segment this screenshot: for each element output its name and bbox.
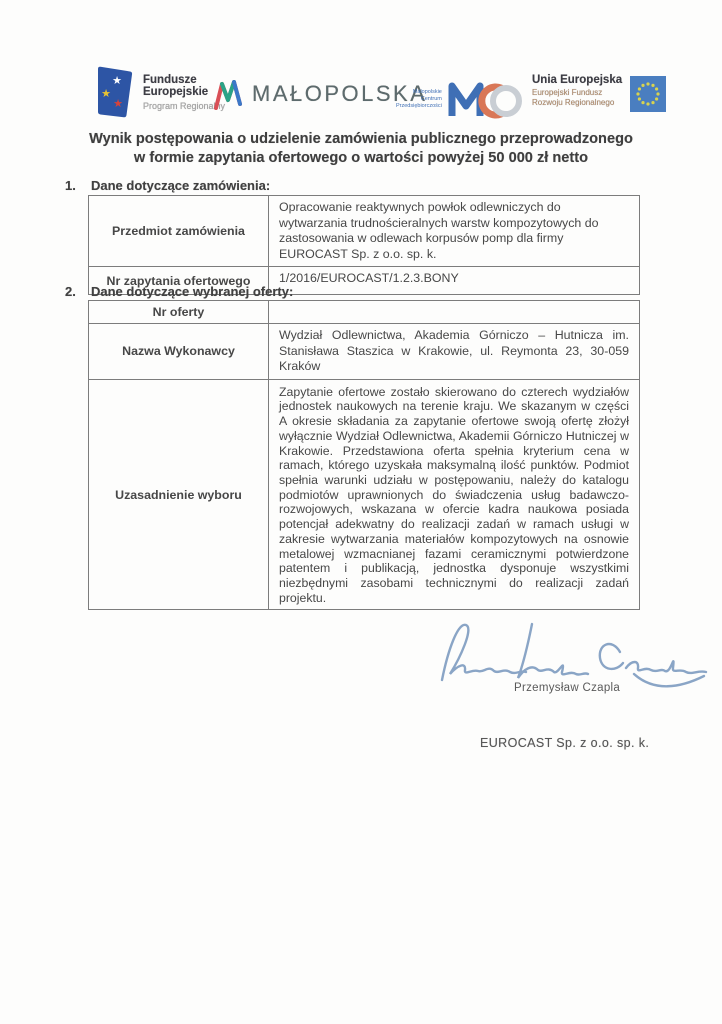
svg-text:★: ★ [112,75,122,87]
order-data-table: Przedmiot zamówienia Opracowanie reaktyw… [88,195,640,295]
mcp-mark-icon [446,76,524,122]
section1-heading-text: Dane dotyczące zamówienia: [91,178,270,193]
company-name: EUROCAST Sp. z o.o. sp. k. [480,736,649,750]
malopolska-m-icon [213,78,243,110]
logo-fundusze-europejskie: ★ ★ ★ Fundusze Europejskie Program Regio… [93,64,225,120]
document-title-line2: w formie zapytania ofertowego o wartości… [40,149,682,168]
section1-heading: 1.Dane dotyczące zamówienia: [65,178,270,193]
inquiry-number-value: 1/2016/EUROCAST/1.2.3.BONY [269,267,640,295]
order-subject-value: Opracowanie reaktywnych powłok odlewnicz… [269,196,640,267]
mcp-logo-line1: Małopolskie [396,89,442,96]
section2-number: 2. [65,284,91,299]
table-row: Uzasadnienie wyboru Zapytanie ofertowe z… [89,379,640,610]
unia-logo-title: Unia Europejska [532,74,622,86]
fundusze-flag-icon: ★ ★ ★ [93,64,135,120]
unia-logo-sub2: Rozwoju Regionalnego [532,98,622,108]
order-subject-label: Przedmiot zamówienia [89,196,269,267]
mcp-logo-line2: Centrum [396,96,442,103]
document-title: Wynik postępowania o udzielenie zamówien… [40,130,682,168]
signatory-printed-name: Przemysław Czapla [514,682,620,694]
section2-heading: 2.Dane dotyczące wybranej oferty: [65,284,293,299]
section2-heading-text: Dane dotyczące wybranej oferty: [91,284,293,299]
offer-number-value [269,301,640,324]
section1-number: 1. [65,178,91,193]
table-row: Nr oferty [89,301,640,324]
unia-logo-sub1: Europejski Fundusz [532,88,622,98]
mcp-logo-line3: Przedsiębiorczości [396,103,442,110]
logo-malopolskie-centrum-przedsiebiorczosci: Małopolskie Centrum Przedsiębiorczości [396,76,524,122]
document-title-line1: Wynik postępowania o udzielenie zamówien… [40,130,682,149]
signature-block: Przemysław Czapla [428,610,713,720]
eu-flag-icon [630,76,666,112]
svg-text:★: ★ [101,88,111,100]
handwritten-signature [428,610,713,720]
offer-number-label: Nr oferty [89,301,269,324]
contractor-name-label: Nazwa Wykonawcy [89,324,269,380]
logo-unia-europejska: Unia Europejska Europejski Fundusz Rozwo… [532,74,666,112]
selected-offer-table: Nr oferty Nazwa Wykonawcy Wydział Odlewn… [88,300,640,610]
table-row: Przedmiot zamówienia Opracowanie reaktyw… [89,196,640,267]
justification-value: Zapytanie ofertowe zostało skierowano do… [269,379,640,610]
scanned-document-page: ★ ★ ★ Fundusze Europejskie Program Regio… [0,0,722,1024]
justification-label: Uzasadnienie wyboru [89,379,269,610]
contractor-name-value: Wydział Odlewnictwa, Akademia Górniczo –… [269,324,640,380]
svg-text:★: ★ [113,98,123,110]
table-row: Nazwa Wykonawcy Wydział Odlewnictwa, Aka… [89,324,640,380]
